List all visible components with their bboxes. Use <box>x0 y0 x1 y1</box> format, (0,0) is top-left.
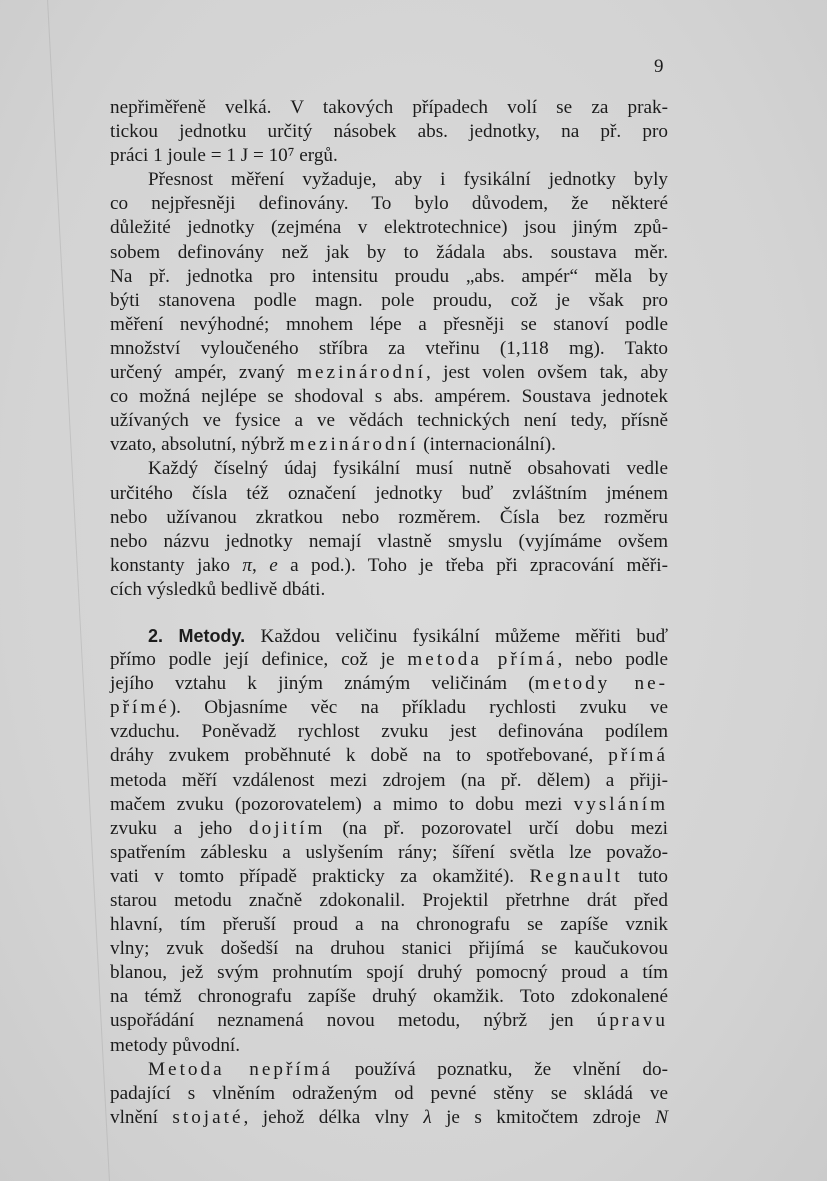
text-run: , jest volen ovšem tak, aby <box>426 362 668 383</box>
page-number: 9 <box>654 56 664 78</box>
math-symbol-pi: π <box>242 555 252 576</box>
emphasized-term: vysláním <box>574 794 668 815</box>
text-run: používá poznatku, že vlnění do- <box>333 1059 668 1080</box>
text-run: uspořádání neznamená novou metodu, nýbrž… <box>110 1010 597 1031</box>
emphasized-term: přímá <box>608 745 668 766</box>
text-run: mačem zvuku (pozorovatelem) a mimo to do… <box>110 794 574 815</box>
text-run: dráhy zvukem proběhnuté k době na to spo… <box>110 745 608 766</box>
emphasized-term: metoda přímá <box>407 649 557 670</box>
text-line: nebo užívanou zkratkou nebo rozměrem. Čí… <box>110 506 668 530</box>
text-line: Metoda nepřímá používá poznatku, že vlně… <box>110 1058 668 1082</box>
text-line: množství vyloučeného stříbra za vteřinu … <box>110 337 668 361</box>
text-line: práci 1 joule = 1 J = 10⁷ ergů. <box>110 144 668 168</box>
text-line: starou metodu značně zdokonalil. Projekt… <box>110 889 668 913</box>
text-line: co nejpřesněji definovány. To bylo důvod… <box>110 192 668 216</box>
text-line: určitého čísla též označení jednotky buď… <box>110 482 668 506</box>
math-symbol-lambda: λ <box>423 1107 431 1128</box>
text-line: Každý číselný údaj fysikální musí nutně … <box>110 457 668 481</box>
text-line: Na př. jednotka pro intensitu proudu „ab… <box>110 265 668 289</box>
emphasized-term: metody ne- <box>535 673 668 694</box>
text-run: vati v tomto případě prakticky za okamži… <box>110 866 529 887</box>
person-name: Regnault <box>529 866 622 887</box>
text-run: (na př. pozorovatel určí dobu mezi <box>325 818 668 839</box>
text-line: sobem definovány než jak by to žádala ab… <box>110 241 668 265</box>
text-line: metoda měří vzdálenost mezi zdrojem (na … <box>110 769 668 793</box>
text-line: mačem zvuku (pozorovatelem) a mimo to do… <box>110 793 668 817</box>
text-line: určený ampér, zvaný mezinárodní, jest vo… <box>110 361 668 385</box>
emphasized-term: stojaté <box>172 1107 243 1128</box>
text-run: (internacionální). <box>418 434 555 455</box>
emphasized-term: přímé <box>110 697 170 718</box>
text-line: měření nevýhodné; mnohem lépe a přesněji… <box>110 313 668 337</box>
emphasized-term: dojitím <box>249 818 325 839</box>
text-run: , nebo podle <box>558 649 669 670</box>
section-gap <box>110 602 668 624</box>
text-run: přímo podle její definice, což je <box>110 649 407 670</box>
section-heading: 2. Metody. <box>148 626 245 646</box>
text-line: 2. Metody. Každou veličinu fysikální můž… <box>110 624 668 648</box>
text-line: zvuku a jeho dojitím (na př. pozorovatel… <box>110 817 668 841</box>
text-run: vzato, absolutní, nýbrž <box>110 434 290 455</box>
text-run: a pod.). Toho je třeba při zpracování mě… <box>278 555 668 576</box>
text-run: tuto <box>623 866 668 887</box>
text-run: konstanty jako <box>110 555 242 576</box>
text-line: cích výsledků bedlivě dbáti. <box>110 578 668 602</box>
text-run: určený ampér, zvaný <box>110 362 297 383</box>
text-run: Každou veličinu fysikální můžeme měřiti … <box>245 626 668 647</box>
text-line: Přesnost měření vyžaduje, aby i fysikáln… <box>110 168 668 192</box>
text-run: , <box>252 555 269 576</box>
text-line: přímé). Objasníme věc na příkladu rychlo… <box>110 696 668 720</box>
text-run: zvuku a jeho <box>110 818 249 839</box>
text-line: užívaných ve fysice a ve vědách technick… <box>110 409 668 433</box>
text-line: tickou jednotku určitý násobek abs. jedn… <box>110 120 668 144</box>
text-run: ). Objasníme věc na příkladu rychlosti z… <box>170 697 668 718</box>
text-line: metody původní. <box>110 1034 668 1058</box>
emphasized-term: mezinárodní <box>290 434 419 455</box>
math-symbol-n: N <box>655 1107 668 1128</box>
text-line: uspořádání neznamená novou metodu, nýbrž… <box>110 1009 668 1033</box>
text-line: přímo podle její definice, což je metoda… <box>110 648 668 672</box>
text-line: co možná nejlépe se shodoval s abs. ampé… <box>110 385 668 409</box>
text-run: je s kmitočtem zdroje <box>432 1107 656 1128</box>
text-line: dráhy zvukem proběhnuté k době na to spo… <box>110 744 668 768</box>
text-line: jejího vztahu k jiným známým veličinám (… <box>110 672 668 696</box>
text-line: býti stanovena podle magn. pole proudu, … <box>110 289 668 313</box>
text-line: konstanty jako π, e a pod.). Toho je tře… <box>110 554 668 578</box>
text-line: spatřením záblesku a uslyšením rány; šíř… <box>110 841 668 865</box>
text-line: nebo názvu jednotky nemají vlastně smysl… <box>110 530 668 554</box>
text-run: vlnění <box>110 1107 172 1128</box>
text-line: vzduchu. Poněvadž rychlost zvuku jest de… <box>110 720 668 744</box>
emphasized-term: mezinárodní <box>297 362 426 383</box>
text-line: vlny; zvuk došedší na druhou stanici při… <box>110 937 668 961</box>
text-line: vati v tomto případě prakticky za okamži… <box>110 865 668 889</box>
text-line: vzato, absolutní, nýbrž mezinárodní (int… <box>110 433 668 457</box>
text-run: jejího vztahu k jiným známým veličinám ( <box>110 673 535 694</box>
emphasized-term: Metoda nepřímá <box>148 1059 333 1080</box>
text-run: , jehož délka vlny <box>244 1107 424 1128</box>
emphasized-term: úpravu <box>597 1010 668 1031</box>
scanned-page: 9 nepřiměřeně velká. V takových případec… <box>0 0 827 1181</box>
text-line: nepřiměřeně velká. V takových případech … <box>110 96 668 120</box>
body-text: nepřiměřeně velká. V takových případech … <box>110 96 668 1130</box>
text-line: padající s vlněním odraženým od pevné st… <box>110 1082 668 1106</box>
text-line: vlnění stojaté, jehož délka vlny λ je s … <box>110 1106 668 1130</box>
text-line: hlavní, tím přeruší proud a na chronogra… <box>110 913 668 937</box>
text-line: blanou, jež svým prohnutím spojí druhý p… <box>110 961 668 985</box>
text-line: na témž chronografu zapíše druhý okamžik… <box>110 985 668 1009</box>
math-symbol-e: e <box>269 555 278 576</box>
text-line: důležité jednotky (zejména v elektrotech… <box>110 216 668 240</box>
